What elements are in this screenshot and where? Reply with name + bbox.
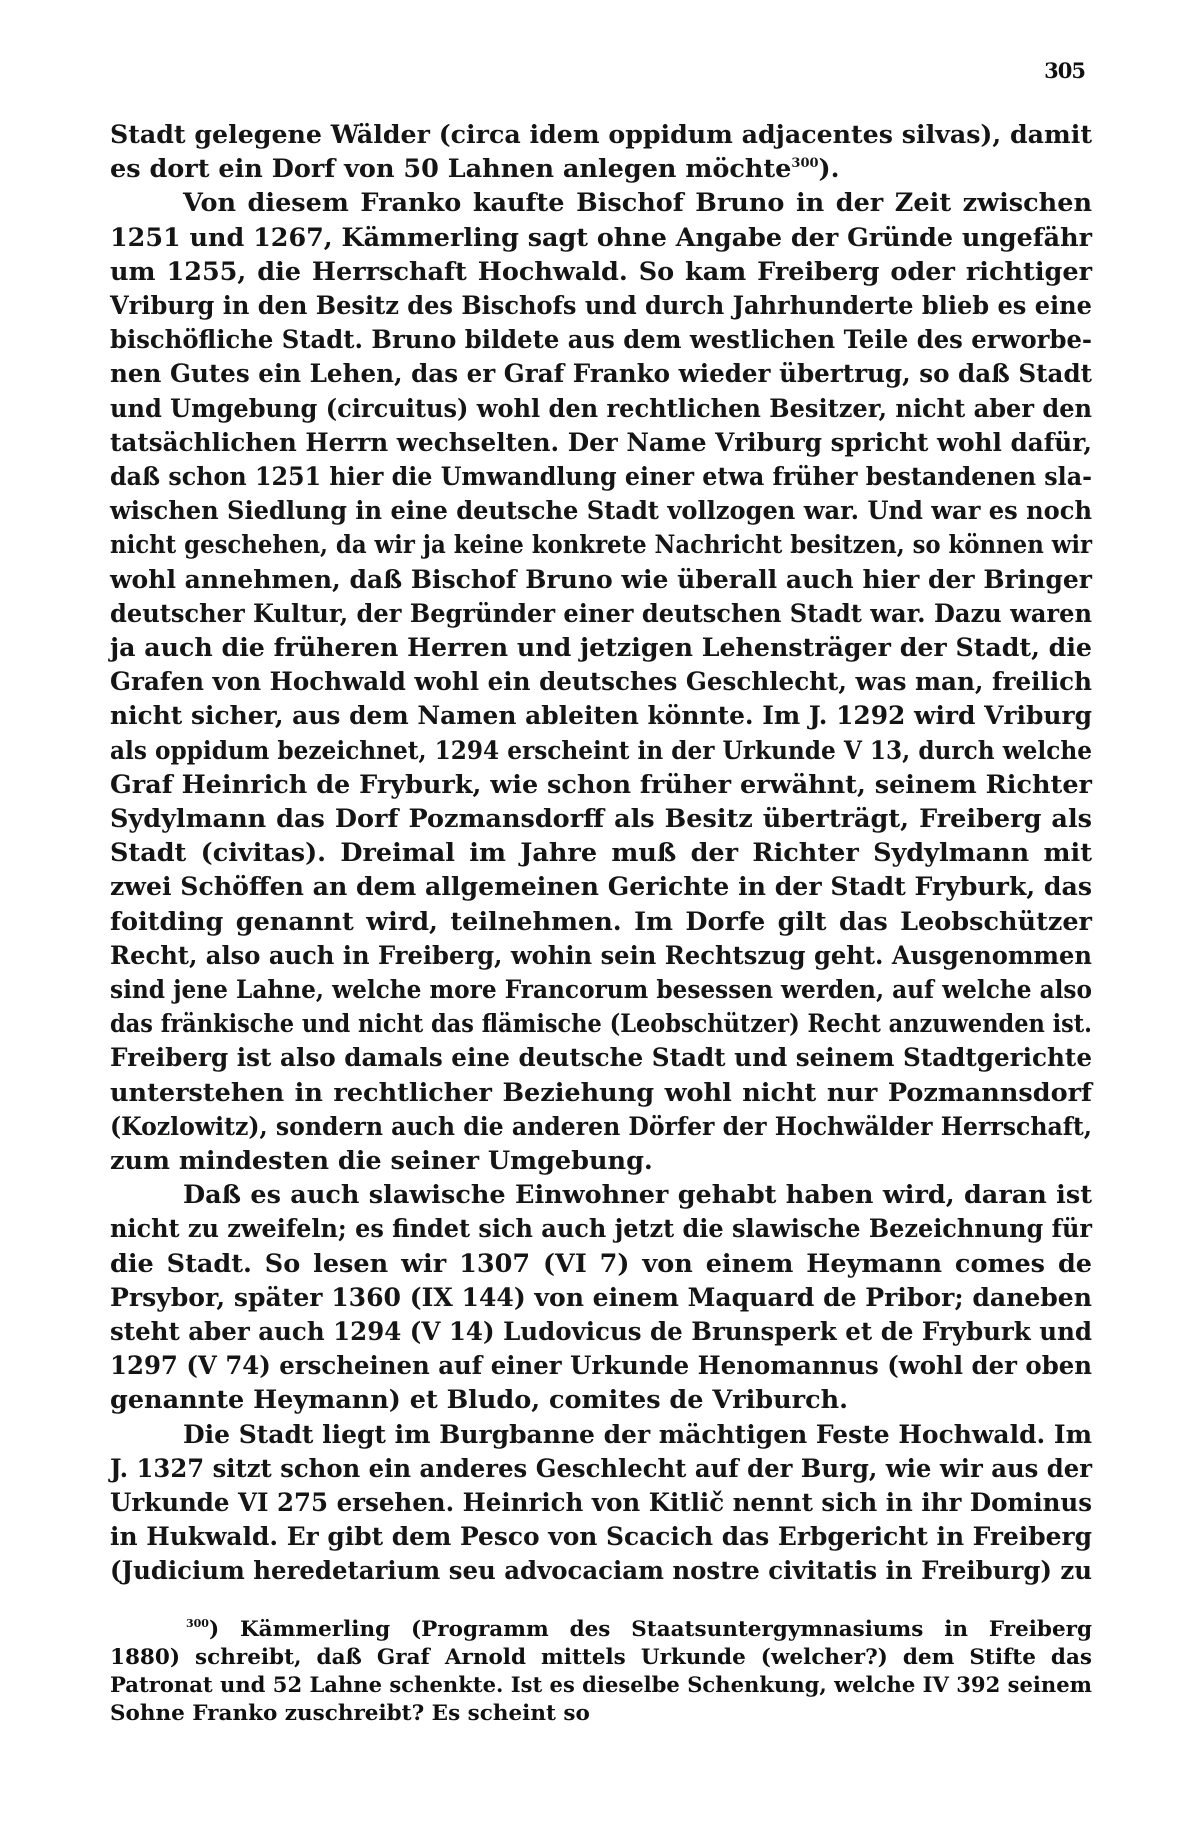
text-line: (Judicium heredetarium seu advocaciam no…: [110, 1554, 1092, 1588]
text-line: es dort ein Dorf von 50 Lahnen anlegen m…: [110, 152, 1092, 186]
text-line: ja auch die früheren Herren und jetzigen…: [110, 631, 1092, 665]
text-line: nicht geschehen, da wir ja keine konkret…: [110, 528, 1092, 562]
text-line: Graf Heinrich de Fryburk, wie schon früh…: [110, 768, 1092, 802]
text-line: wischen Siedlung in eine deutsche Stadt …: [110, 494, 1092, 528]
text-line: Sydylmann das Dorf Pozmansdorff als Besi…: [110, 802, 1092, 836]
text-line: steht aber auch 1294 (V 14) Ludovicus de…: [110, 1315, 1092, 1349]
text-line: Stadt gelegene Wälder (circa idem oppidu…: [110, 118, 1092, 152]
footnote-reference: 300: [791, 156, 818, 171]
footnote-line: 300) Kämmerling (Programm des Staatsunte…: [186, 1616, 1092, 1644]
text-line: und Umgebung (circuitus) wohl den rechtl…: [110, 392, 1092, 426]
text-line: die Stadt. So lesen wir 1307 (VI 7) von …: [110, 1247, 1092, 1281]
footnote-marker: 300: [186, 1617, 209, 1630]
text-line: Grafen von Hochwald wohl ein deutsches G…: [110, 665, 1092, 699]
text-line: foitding genannt wird, teilnehmen. Im Do…: [110, 905, 1092, 939]
text-line: wohl annehmen, daß Bischof Bruno wie übe…: [110, 563, 1092, 597]
footnote-line: Patronat und 52 Lahne schenkte. Ist es d…: [110, 1672, 1092, 1700]
footnote-line: Sohne Franko zuschreibt? Es scheint so: [110, 1700, 1092, 1728]
text-line: das fränkische und nicht das flämische (…: [110, 1007, 1092, 1041]
text-line: nicht sicher, aus dem Namen ableiten kön…: [110, 699, 1092, 733]
text-line: genannte Heymann) et Bludo, comites de V…: [110, 1383, 1092, 1417]
text-line: unterstehen in rechtlicher Beziehung woh…: [110, 1076, 1092, 1110]
text-line: Freiberg ist also damals eine deutsche S…: [110, 1041, 1092, 1075]
text-line: nen Gutes ein Lehen, das er Graf Franko …: [110, 357, 1092, 391]
text-line: Von diesem Franko kaufte Bischof Bruno i…: [183, 186, 1092, 220]
text-line: sind jene Lahne, welche more Francorum b…: [110, 973, 1092, 1007]
text-line: tatsächlichen Herrn wechselten. Der Name…: [110, 426, 1092, 460]
text-line: Stadt (civitas). Dreimal im Jahre muß de…: [110, 836, 1092, 870]
text-line: zum mindesten die seiner Umgebung.: [110, 1144, 1092, 1178]
footnote-line: 1880) schreibt, daß Graf Arnold mittels …: [110, 1644, 1092, 1672]
text-line: J. 1327 sitzt schon ein anderes Geschlec…: [110, 1452, 1092, 1486]
page-number: 305: [1040, 58, 1085, 83]
text-line: zwei Schöffen an dem allgemeinen Gericht…: [110, 870, 1092, 904]
text-line: deutscher Kultur, der Begründer einer de…: [110, 597, 1092, 631]
text-line: Urkunde VI 275 ersehen. Heinrich von Kit…: [110, 1486, 1092, 1520]
text-line: daß schon 1251 hier die Umwandlung einer…: [110, 460, 1092, 494]
text-line: als oppidum bezeichnet, 1294 erscheint i…: [110, 734, 1092, 768]
text-line: Recht, also auch in Freiberg, wohin sein…: [110, 939, 1092, 973]
text-line: in Hukwald. Er gibt dem Pesco von Scacic…: [110, 1520, 1092, 1554]
text-line: (Kozlowitz), sondern auch die anderen Dö…: [110, 1110, 1092, 1144]
text-line: Daß es auch slawische Einwohner gehabt h…: [183, 1178, 1092, 1212]
text-line: Prsybor, später 1360 (IX 144) von einem …: [110, 1281, 1092, 1315]
text-line: 1251 und 1267, Kämmerling sagt ohne Anga…: [110, 221, 1092, 255]
text-line: nicht zu zweifeln; es findet sich auch j…: [110, 1212, 1092, 1246]
text-line: bischöfliche Stadt. Bruno bildete aus de…: [110, 323, 1092, 357]
text-line: Die Stadt liegt im Burgbanne der mächtig…: [183, 1418, 1092, 1452]
text-line: Vriburg in den Besitz des Bischofs und d…: [110, 289, 1092, 323]
text-line: 1297 (V 74) erscheinen auf einer Urkunde…: [110, 1349, 1092, 1383]
book-page: 305 Stadt gelegene Wälder (circa idem op…: [0, 0, 1200, 1829]
text-line: um 1255, die Herrschaft Hochwald. So kam…: [110, 255, 1092, 289]
